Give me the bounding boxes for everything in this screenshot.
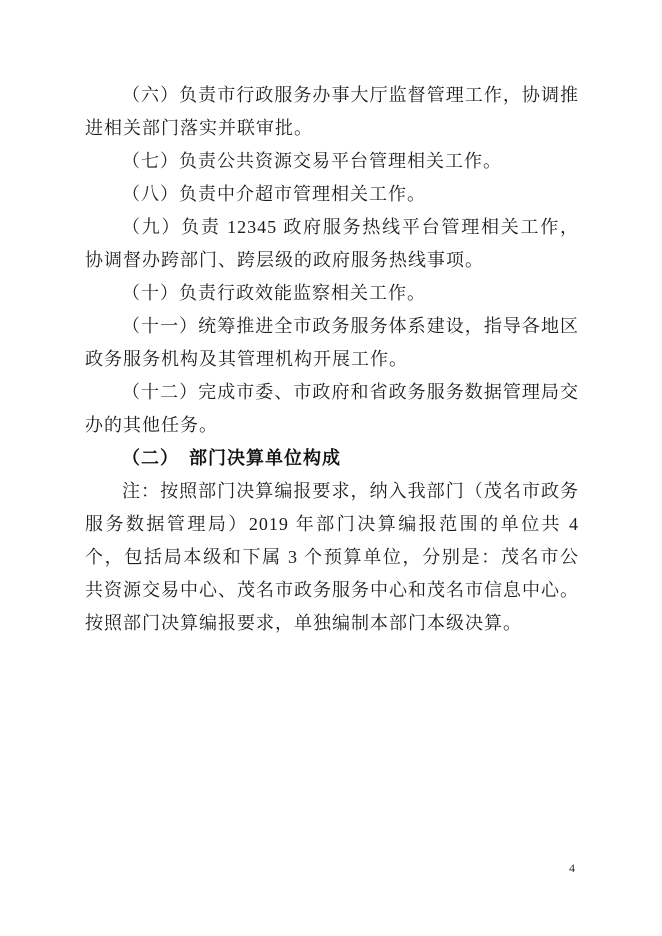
document-body: （六）负责市行政服务办事大厅监督管理工作，协调推进相关部门落实并联审批。 （七）… [85, 79, 579, 640]
section-heading: （二） 部门决算单位构成 [85, 442, 579, 475]
clause-9-paragraph: （九）负责 12345 政府服务热线平台管理相关工作，协调督办跨部门、跨层级的政… [85, 211, 579, 277]
clause-11-paragraph: （十一）统筹推进全市政务服务体系建设，指导各地区政务服务机构及其管理机构开展工作… [85, 310, 579, 376]
clause-10-paragraph: （十）负责行政效能监察相关工作。 [85, 277, 579, 310]
clause-7-paragraph: （七）负责公共资源交易平台管理相关工作。 [85, 145, 579, 178]
clause-6-paragraph: （六）负责市行政服务办事大厅监督管理工作，协调推进相关部门落实并联审批。 [85, 79, 579, 145]
clause-12-paragraph: （十二）完成市委、市政府和省政务服务数据管理局交办的其他任务。 [85, 376, 579, 442]
clause-8-paragraph: （八）负责中介超市管理相关工作。 [85, 178, 579, 211]
note-paragraph: 注：按照部门决算编报要求，纳入我部门（茂名市政务服务数据管理局）2019 年部门… [85, 475, 579, 640]
page-number: 4 [560, 860, 584, 876]
document-page: （六）负责市行政服务办事大厅监督管理工作，协调推进相关部门落实并联审批。 （七）… [0, 0, 662, 936]
